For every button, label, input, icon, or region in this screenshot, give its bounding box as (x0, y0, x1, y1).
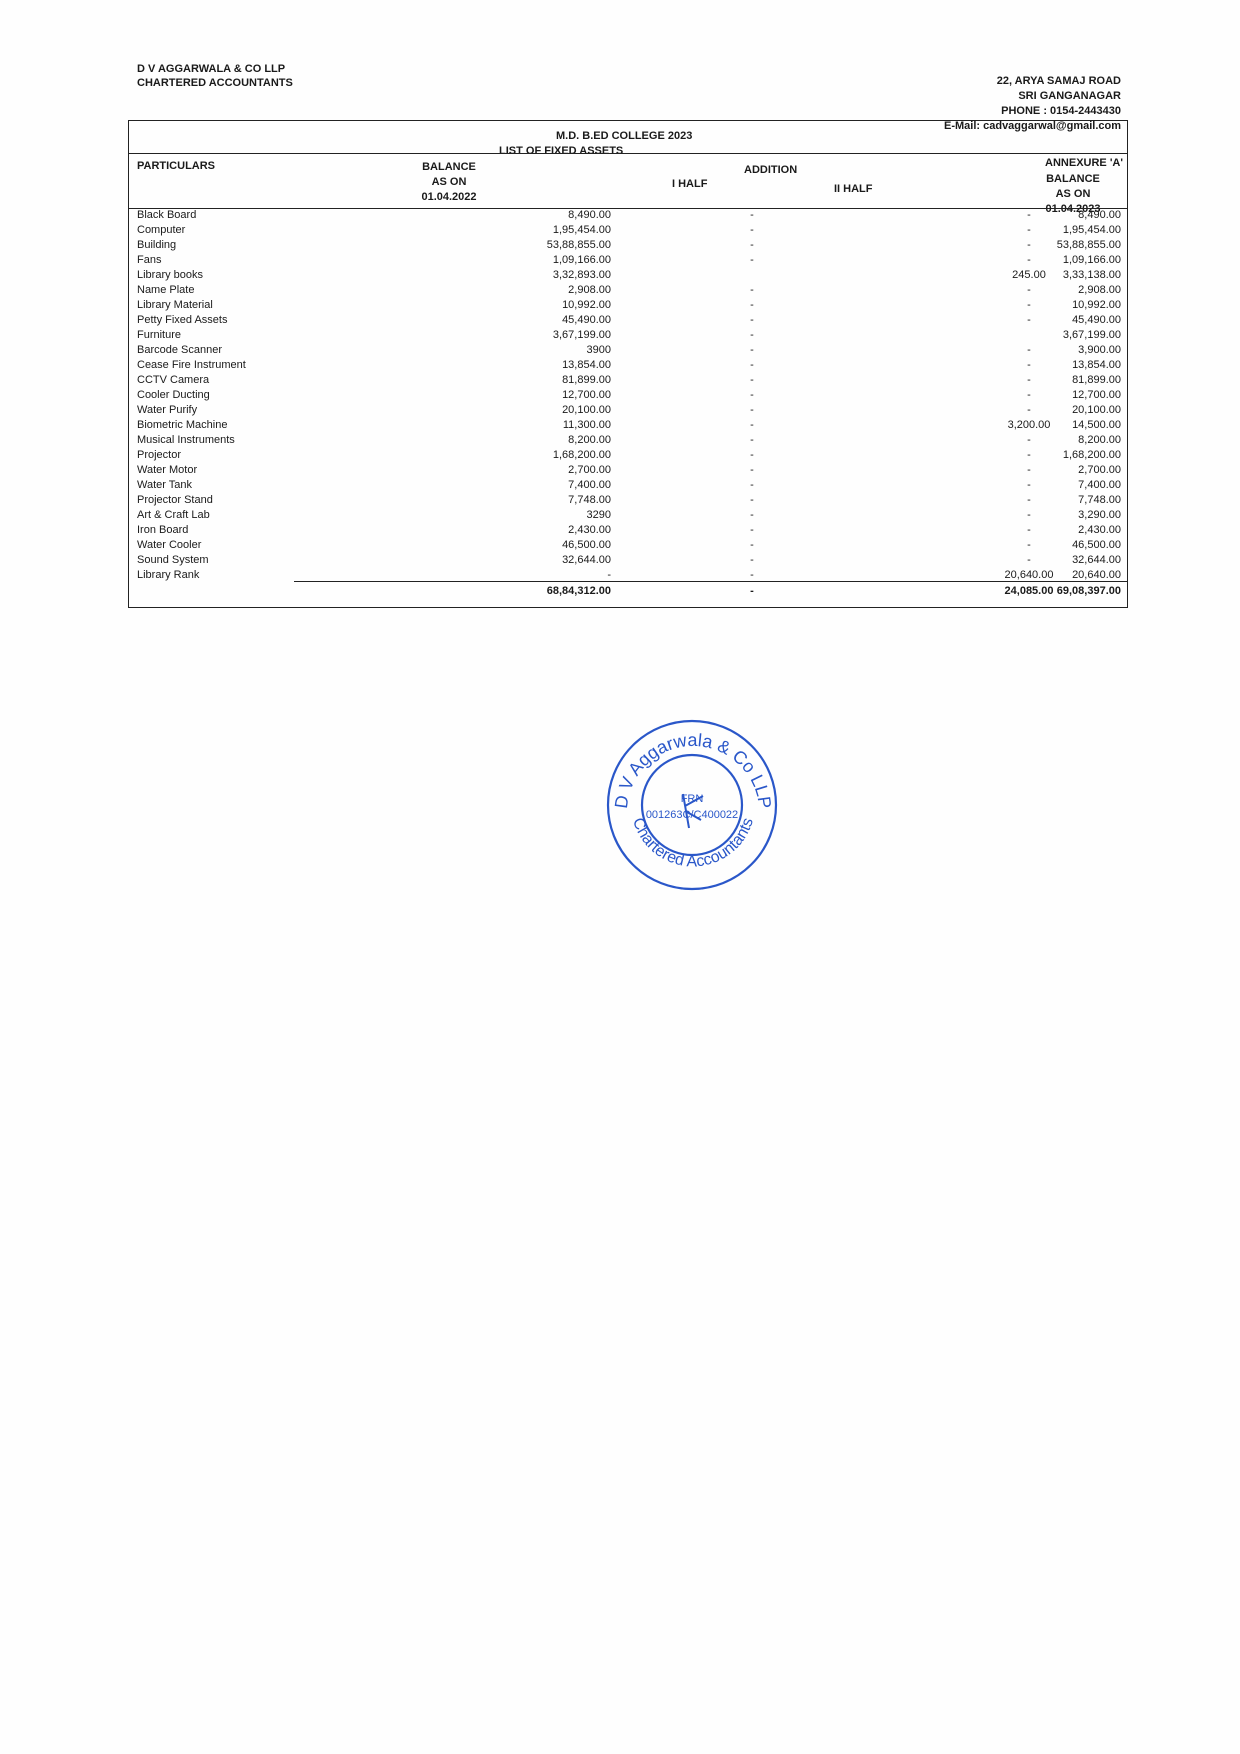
header-opening: BALANCE AS ON 01.04.2022 (399, 160, 499, 205)
closing-balance: 20,100.00 (1072, 404, 1121, 416)
closing-balance: 8,200.00 (1078, 434, 1121, 446)
asset-name: Building (137, 239, 176, 251)
annexure-label: ANNEXURE 'A' (1045, 157, 1123, 169)
table-row: Cease Fire Instrument13,854.00--13,854.0… (129, 359, 1127, 374)
closing-balance: 7,400.00 (1078, 479, 1121, 491)
header-ii-half: II HALF (834, 182, 873, 197)
asset-name: Sound System (137, 554, 209, 566)
asset-name: Barcode Scanner (137, 344, 222, 356)
addition-i-half: - (742, 449, 762, 461)
addition-ii-half: - (989, 404, 1069, 416)
addition-ii-half: - (989, 389, 1069, 401)
totals-row: 68,84,312.00 - 24,085.00 69,08,397.00 (129, 585, 1127, 600)
closing-balance: 1,09,166.00 (1063, 254, 1121, 266)
asset-name: Projector Stand (137, 494, 213, 506)
opening-balance: 1,95,454.00 (553, 224, 611, 236)
asset-name: CCTV Camera (137, 374, 209, 386)
total-closing: 69,08,397.00 (1057, 585, 1121, 597)
table-row: Library books3,32,893.00245.003,33,138.0… (129, 269, 1127, 284)
asset-name: Black Board (137, 209, 196, 221)
addition-i-half: - (742, 554, 762, 566)
opening-balance: 46,500.00 (562, 539, 611, 551)
addition-ii-half: - (989, 299, 1069, 311)
asset-name: Projector (137, 449, 181, 461)
asset-name: Biometric Machine (137, 419, 227, 431)
addition-ii-half: - (989, 344, 1069, 356)
opening-balance: 3900 (587, 344, 611, 356)
sheet-subtitle: LIST OF FIXED ASSETS (499, 145, 623, 157)
asset-name: Computer (137, 224, 185, 236)
closing-balance: 2,430.00 (1078, 524, 1121, 536)
table-row: Iron Board2,430.00--2,430.00 (129, 524, 1127, 539)
closing-balance: 20,640.00 (1072, 569, 1121, 581)
table-row: Building53,88,855.00--53,88,855.00 (129, 239, 1127, 254)
addition-ii-half: - (989, 479, 1069, 491)
closing-balance: 3,900.00 (1078, 344, 1121, 356)
closing-balance: 8,490.00 (1078, 209, 1121, 221)
addition-i-half: - (742, 389, 762, 401)
addition-ii-half: - (989, 464, 1069, 476)
opening-balance: 12,700.00 (562, 389, 611, 401)
fixed-assets-sheet: M.D. B.ED COLLEGE 2023 LIST OF FIXED ASS… (128, 120, 1128, 608)
header-divider (129, 153, 1127, 154)
addition-i-half: - (742, 434, 762, 446)
addition-i-half: - (742, 254, 762, 266)
asset-name: Library Material (137, 299, 213, 311)
addition-ii-half: - (989, 509, 1069, 521)
table-row: Water Tank7,400.00--7,400.00 (129, 479, 1127, 494)
address-line1: 22, ARYA SAMAJ ROAD (944, 74, 1121, 89)
addition-i-half: - (742, 374, 762, 386)
table-row: Biometric Machine11,300.00-3,200.0014,50… (129, 419, 1127, 434)
addition-i-half: - (742, 419, 762, 431)
table-row: Petty Fixed Assets45,490.00--45,490.00 (129, 314, 1127, 329)
addition-i-half: - (742, 569, 762, 581)
addition-i-half: - (742, 359, 762, 371)
addition-i-half: - (742, 494, 762, 506)
addition-ii-half: - (989, 254, 1069, 266)
asset-name: Petty Fixed Assets (137, 314, 227, 326)
addition-ii-half: - (989, 449, 1069, 461)
closing-balance: 7,748.00 (1078, 494, 1121, 506)
closing-balance: 32,644.00 (1072, 554, 1121, 566)
asset-name: Library Rank (137, 569, 199, 581)
header-addition: ADDITION (744, 163, 797, 178)
table-row: Library Material10,992.00--10,992.00 (129, 299, 1127, 314)
closing-balance: 2,700.00 (1078, 464, 1121, 476)
opening-balance: - (607, 569, 611, 581)
opening-balance: 3,67,199.00 (553, 329, 611, 341)
header-closing-l2: AS ON (1023, 187, 1123, 202)
addition-ii-half: - (989, 209, 1069, 221)
opening-balance: 7,748.00 (568, 494, 611, 506)
opening-balance: 3,32,893.00 (553, 269, 611, 281)
asset-name: Name Plate (137, 284, 194, 296)
asset-name: Furniture (137, 329, 181, 341)
firm-name: D V AGGARWALA & CO LLP (137, 62, 293, 76)
closing-balance: 13,854.00 (1072, 359, 1121, 371)
asset-name: Water Purify (137, 404, 197, 416)
table-row: Fans1,09,166.00--1,09,166.00 (129, 254, 1127, 269)
opening-balance: 10,992.00 (562, 299, 611, 311)
table-row: Musical Instruments8,200.00--8,200.00 (129, 434, 1127, 449)
opening-balance: 11,300.00 (563, 419, 611, 431)
addition-ii-half: - (989, 359, 1069, 371)
table-row: Sound System32,644.00--32,644.00 (129, 554, 1127, 569)
addition-ii-half: - (989, 524, 1069, 536)
table-row: Projector1,68,200.00--1,68,200.00 (129, 449, 1127, 464)
asset-name: Cooler Ducting (137, 389, 210, 401)
addition-i-half: - (742, 329, 762, 341)
table-row: Water Motor2,700.00--2,700.00 (129, 464, 1127, 479)
closing-balance: 3,290.00 (1078, 509, 1121, 521)
addition-i-half: - (742, 404, 762, 416)
firm-subtitle: CHARTERED ACCOUNTANTS (137, 76, 293, 90)
addition-i-half: - (742, 344, 762, 356)
closing-balance: 3,67,199.00 (1063, 329, 1121, 341)
addition-i-half: - (742, 479, 762, 491)
closing-balance: 46,500.00 (1072, 539, 1121, 551)
addition-ii-half: - (989, 374, 1069, 386)
stamp-seal-icon: D V Aggarwala & Co LLP • Chartered Accou… (603, 716, 781, 894)
closing-balance: 53,88,855.00 (1057, 239, 1121, 251)
firm-stamp: D V Aggarwala & Co LLP • Chartered Accou… (603, 716, 781, 894)
opening-balance: 1,68,200.00 (553, 449, 611, 461)
phone: PHONE : 0154-2443430 (944, 104, 1121, 119)
total-opening: 68,84,312.00 (547, 585, 611, 597)
table-row: Water Purify20,100.00--20,100.00 (129, 404, 1127, 419)
header-closing-l1: BALANCE (1023, 172, 1123, 187)
asset-name: Library books (137, 269, 203, 281)
header-i-half: I HALF (672, 177, 707, 192)
header-opening-l1: BALANCE (399, 160, 499, 175)
addition-i-half: - (742, 224, 762, 236)
asset-name: Cease Fire Instrument (137, 359, 246, 371)
address-line2: SRI GANGANAGAR (944, 89, 1121, 104)
table-row: Black Board8,490.00--8,490.00 (129, 209, 1127, 224)
table-row: Water Cooler46,500.00--46,500.00 (129, 539, 1127, 554)
addition-i-half: - (742, 464, 762, 476)
addition-i-half: - (742, 239, 762, 251)
asset-name: Fans (137, 254, 161, 266)
addition-ii-half: - (989, 494, 1069, 506)
closing-balance: 14,500.00 (1072, 419, 1121, 431)
opening-balance: 45,490.00 (562, 314, 611, 326)
addition-ii-half: 3,200.00 (989, 419, 1069, 431)
asset-name: Iron Board (137, 524, 188, 536)
opening-balance: 2,908.00 (568, 284, 611, 296)
header-particulars: PARTICULARS (137, 159, 215, 174)
header-opening-l3: 01.04.2022 (399, 190, 499, 205)
addition-ii-half: 20,640.00 (989, 569, 1069, 581)
table-row: Computer1,95,454.00--1,95,454.00 (129, 224, 1127, 239)
opening-balance: 2,700.00 (568, 464, 611, 476)
addition-i-half: - (742, 539, 762, 551)
addition-i-half: - (742, 209, 762, 221)
opening-balance: 32,644.00 (562, 554, 611, 566)
addition-i-half: - (742, 524, 762, 536)
closing-balance: 1,95,454.00 (1063, 224, 1121, 236)
asset-name: Musical Instruments (137, 434, 235, 446)
table-row: Barcode Scanner3900--3,900.00 (129, 344, 1127, 359)
closing-balance: 1,68,200.00 (1063, 449, 1121, 461)
firm-name-block: D V AGGARWALA & CO LLP CHARTERED ACCOUNT… (137, 62, 293, 90)
opening-balance: 7,400.00 (568, 479, 611, 491)
closing-balance: 81,899.00 (1072, 374, 1121, 386)
opening-balance: 13,854.00 (562, 359, 611, 371)
table-row: Cooler Ducting12,700.00--12,700.00 (129, 389, 1127, 404)
opening-balance: 8,200.00 (568, 434, 611, 446)
closing-balance: 2,908.00 (1078, 284, 1121, 296)
closing-balance: 10,992.00 (1072, 299, 1121, 311)
addition-ii-half: - (989, 224, 1069, 236)
opening-balance: 3290 (587, 509, 611, 521)
addition-ii-half: - (989, 554, 1069, 566)
sheet-title: M.D. B.ED COLLEGE 2023 (556, 130, 692, 142)
opening-balance: 53,88,855.00 (547, 239, 611, 251)
opening-balance: 81,899.00 (562, 374, 611, 386)
closing-balance: 45,490.00 (1072, 314, 1121, 326)
table-row: Name Plate2,908.00--2,908.00 (129, 284, 1127, 299)
opening-balance: 8,490.00 (568, 209, 611, 221)
opening-balance: 1,09,166.00 (553, 254, 611, 266)
asset-name: Water Cooler (137, 539, 201, 551)
closing-balance: 3,33,138.00 (1063, 269, 1121, 281)
table-row: Projector Stand7,748.00--7,748.00 (129, 494, 1127, 509)
addition-ii-half: - (989, 539, 1069, 551)
addition-i-half: - (742, 299, 762, 311)
addition-ii-half: - (989, 434, 1069, 446)
closing-balance: 12,700.00 (1072, 389, 1121, 401)
opening-balance: 2,430.00 (568, 524, 611, 536)
table-row: Art & Craft Lab3290--3,290.00 (129, 509, 1127, 524)
addition-i-half: - (742, 314, 762, 326)
addition-ii-half: - (989, 314, 1069, 326)
asset-name: Water Tank (137, 479, 192, 491)
table-row: Furniture3,67,199.00-3,67,199.00 (129, 329, 1127, 344)
addition-i-half: - (742, 284, 762, 296)
asset-name: Art & Craft Lab (137, 509, 210, 521)
header-opening-l2: AS ON (399, 175, 499, 190)
addition-i-half: - (742, 509, 762, 521)
total-i-half: - (742, 585, 762, 597)
subtotal-rule (294, 581, 1127, 582)
table-row: CCTV Camera81,899.00--81,899.00 (129, 374, 1127, 389)
addition-ii-half: 245.00 (989, 269, 1069, 281)
addition-ii-half: - (989, 284, 1069, 296)
asset-name: Water Motor (137, 464, 197, 476)
opening-balance: 20,100.00 (562, 404, 611, 416)
